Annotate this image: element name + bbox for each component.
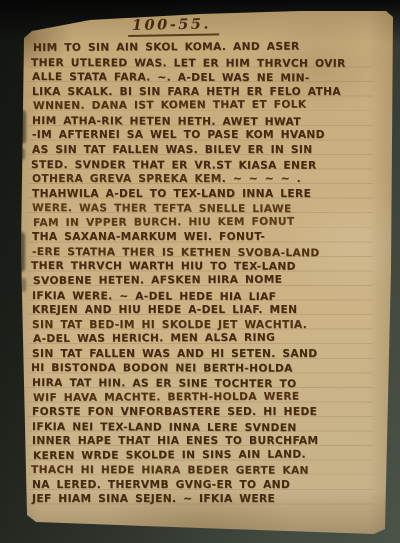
manuscript-line: JEF HIAM SINA SEJEN. ~ IFKIA WERE (32, 492, 374, 507)
ink-smudge (21, 278, 26, 292)
manuscript-line: KEREN WRDE SKOLDE IN SINS AIN LAND. (33, 447, 375, 463)
manuscript-line: IFKIA NEI TEX-LAND INNA LERE SVNDEN (32, 420, 374, 436)
manuscript-line: HI BISTONDA BODON NEI BERTH-HOLDA (31, 361, 373, 376)
ink-smudge (18, 110, 26, 144)
manuscript-text: HIM TO SIN AIN SKOL KOMA. AND ASERTHER U… (32, 41, 374, 507)
ink-smudge (17, 232, 25, 272)
manuscript-line: HIM TO SIN AIN SKOL KOMA. AND ASER (33, 39, 375, 55)
manuscript-line: -IM AFTERNEI SA WEL TO PASE KOM HVAND (32, 128, 374, 143)
manuscript-line: AS SIN TAT FALLEN WAS. BILEV ER IN SIN (32, 143, 374, 158)
manuscript-line: ALLE STATA FARA. ~. A-DEL WAS NE MIN- (32, 70, 374, 86)
manuscript-line: THACH HI HEDE HIARA BEDER GERTE KAN (31, 463, 373, 478)
photo-background: 100-55. HIM TO SIN AIN SKOL KOMA. AND AS… (0, 0, 400, 543)
manuscript-line: OTHERA GREVA SPREKA KEM. ~ ~ ~ ~ . (32, 172, 374, 187)
manuscript-line: SIN TAT FALLEN WAS AND HI SETEN. SAND (32, 347, 374, 362)
page-number-label: 100-55. (128, 15, 219, 37)
ink-smudge (19, 148, 25, 160)
manuscript-line: A-DEL WAS HERICH. MEN ALSA RING (33, 330, 375, 346)
manuscript-line: FORSTE FON VNFORBASTERE SED. HI HEDE (32, 405, 374, 420)
manuscript-line: WIF HAVA MACHTE. BERTH-HOLDA WERE (33, 389, 375, 405)
manuscript-line: NA LERED. THERVMB GVNG-ER TO AND (32, 478, 374, 493)
manuscript-line: KREJEN AND HIU HEDE A-DEL LIAF. MEN (32, 303, 374, 318)
manuscript-line: THAHWILA A-DEL TO TEX-LAND INNA LERE (32, 187, 374, 202)
manuscript-line: SVOBENE HETEN. AFSKEN HIRA NOME (33, 272, 375, 288)
manuscript-line: HIM ATHA-RIK HETEN HETH. AWET HWAT (32, 114, 374, 130)
manuscript-line: IFKIA WERE. ~ A-DEL HEDE HIA LIAF (32, 289, 374, 305)
manuscript-line: FAM IN VPPER BURCH. HIU KEM FONUT (33, 214, 375, 230)
page-number: 100-55. (128, 13, 219, 37)
manuscript-line: STED. SVNDER THAT ER VR.ST KIASA ENER (31, 157, 373, 172)
manuscript-line: WNNEN. DANA IST KOMEN THAT ET FOLK (33, 97, 375, 113)
manuscript-line: THA SAXANA-MARKUM WEI. FONUT- (32, 230, 374, 245)
manuscript-line: THER UTLERED WAS. LET ER HIM THRVCH OVIR (31, 56, 373, 71)
manuscript-page: 100-55. HIM TO SIN AIN SKOL KOMA. AND AS… (0, 0, 400, 543)
